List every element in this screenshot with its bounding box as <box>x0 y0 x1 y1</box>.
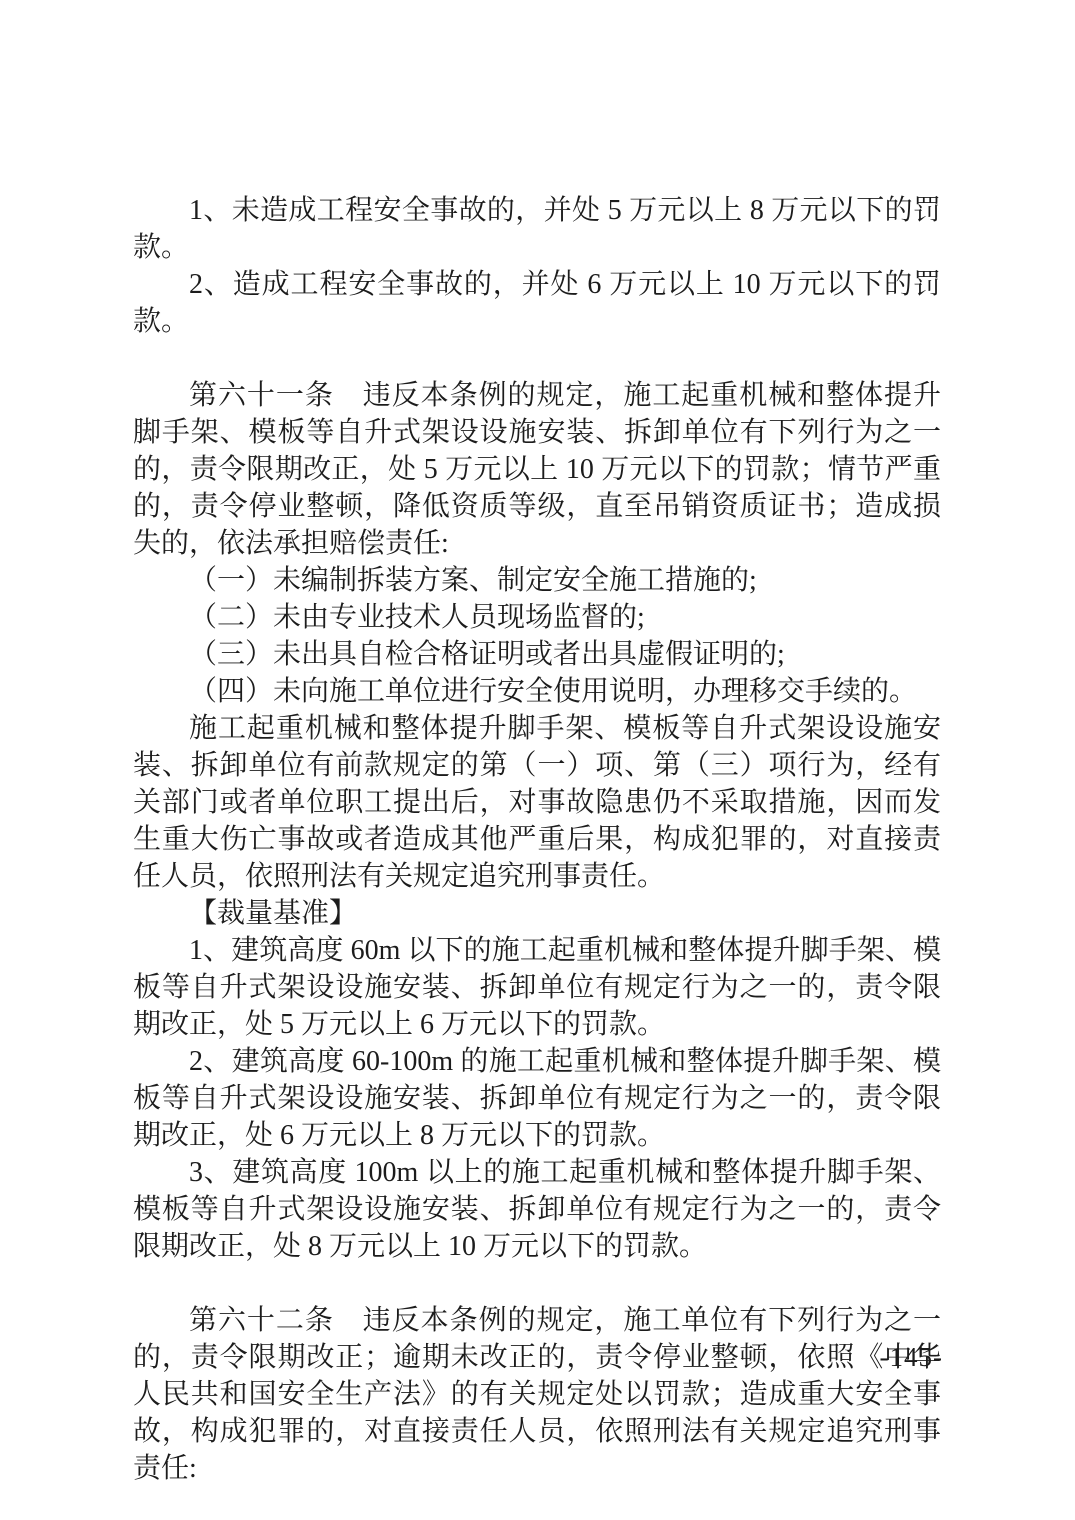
blank-line <box>133 1265 941 1302</box>
discretion-basis-item-1: 1、建筑高度 60m 以下的施工起重机械和整体提升脚手架、模板等自升式架设设施安… <box>133 932 941 1043</box>
penalty-tier-1: 1、未造成工程安全事故的，并处 5 万元以上 8 万元以下的罚款。 <box>133 192 941 266</box>
article-61-second-paragraph: 施工起重机械和整体提升脚手架、模板等自升式架设设施安装、拆卸单位有前款规定的第（… <box>133 710 941 895</box>
article-61-paragraph: 第六十一条 违反本条例的规定，施工起重机械和整体提升脚手架、模板等自升式架设设施… <box>133 377 941 562</box>
blank-line <box>133 340 941 377</box>
article-61-item-4: （四）未向施工单位进行安全使用说明，办理移交手续的。 <box>133 673 941 710</box>
article-62-paragraph: 第六十二条 违反本条例的规定，施工单位有下列行为之一的，责令限期改正；逾期未改正… <box>133 1302 941 1487</box>
document-content: 1、未造成工程安全事故的，并处 5 万元以上 8 万元以下的罚款。 2、造成工程… <box>133 192 941 1487</box>
article-61-item-1: （一）未编制拆装方案、制定安全施工措施的; <box>133 562 941 599</box>
page-number: -145- <box>880 1342 943 1373</box>
document-page: 1、未造成工程安全事故的，并处 5 万元以上 8 万元以下的罚款。 2、造成工程… <box>0 0 1075 1520</box>
discretion-basis-item-3: 3、建筑高度 100m 以上的施工起重机械和整体提升脚手架、模板等自升式架设设施… <box>133 1154 941 1265</box>
article-61-item-2: （二）未由专业技术人员现场监督的; <box>133 599 941 636</box>
discretion-basis-heading: 【裁量基准】 <box>133 895 941 932</box>
penalty-tier-2: 2、造成工程安全事故的，并处 6 万元以上 10 万元以下的罚款。 <box>133 266 941 340</box>
article-61-item-3: （三）未出具自检合格证明或者出具虚假证明的; <box>133 636 941 673</box>
discretion-basis-item-2: 2、建筑高度 60-100m 的施工起重机械和整体提升脚手架、模板等自升式架设设… <box>133 1043 941 1154</box>
